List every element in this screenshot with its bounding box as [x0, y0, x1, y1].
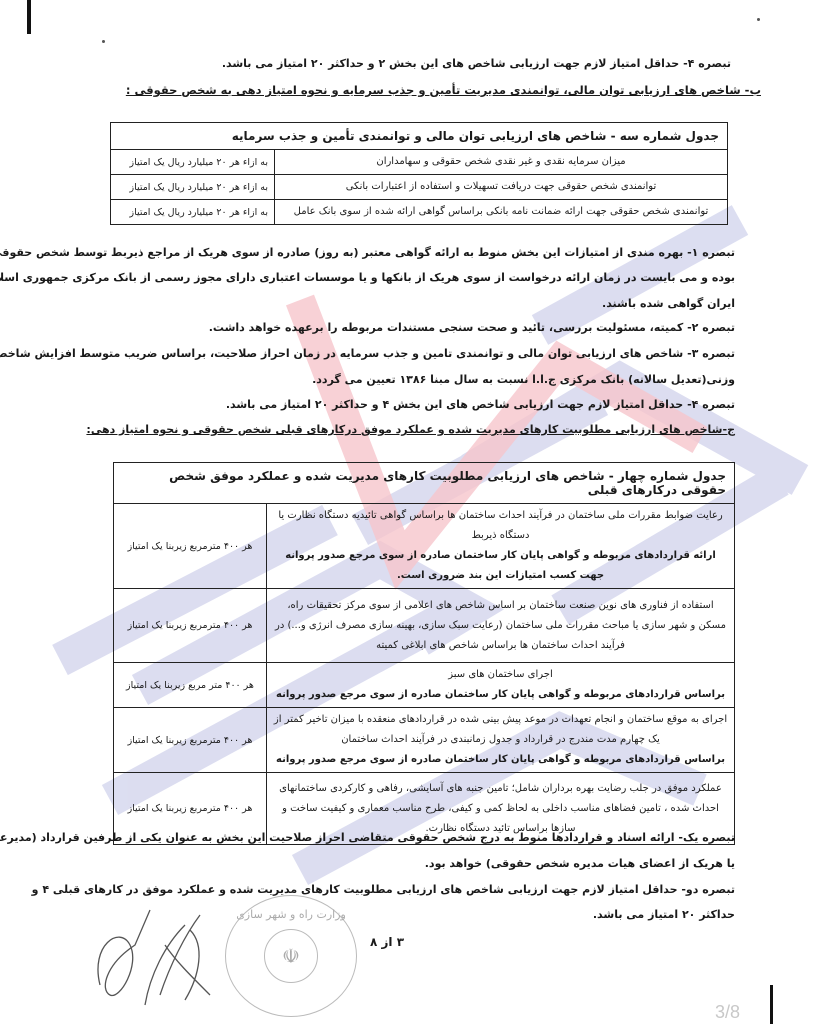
criterion-text: اجرای ساختمان های سبز — [273, 665, 728, 685]
criterion-text: رعایت ضوابط مقررات ملی ساختمان در فرآیند… — [273, 506, 728, 546]
criterion-cell: میزان سرمایه نقدی و غیر نقدی شخص حقوقی و… — [275, 150, 728, 175]
table-row: استفاده از فناوری های نوین صنعت ساختمان … — [114, 589, 735, 663]
table-4-title: جدول شماره چهار - شاخص های ارزیابی مطلوب… — [114, 463, 735, 504]
table-row: توانمندی شخص حقوقی جهت دریافت تسهیلات و … — [111, 175, 728, 200]
emblem-icon: ☫ — [264, 929, 318, 983]
criterion-cell: استفاده از فناوری های نوین صنعت ساختمان … — [267, 589, 735, 663]
official-stamp: وزارت راه و شهر سازی ☫ — [225, 895, 357, 1017]
signature — [90, 905, 220, 1015]
document-page: تبصره ۴- حداقل امتیاز لازم جهت ارزیابی ش… — [0, 0, 819, 1024]
score-cell: به ازاء هر ۲۰ میلیارد ریال یک امتیاز — [111, 175, 275, 200]
criterion-text: اجرای به موقع ساختمان و انجام تعهدات در … — [273, 710, 728, 750]
table-3-title: جدول شماره سه - شاخص های ارزیابی توان ما… — [111, 123, 728, 150]
note-3-b-line1: تبصره ۳- شاخص های ارزیابی توان مالی و تو… — [0, 346, 735, 362]
criterion-cell: اجرای به موقع ساختمان و انجام تعهدات در … — [267, 708, 735, 773]
section-b-heading: ب- شاخص های ارزیابی توان مالی، توانمندی … — [126, 82, 761, 98]
criterion-text: استفاده از فناوری های نوین صنعت ساختمان … — [273, 596, 728, 656]
score-cell: هر ۴۰۰ مترمربع زیربنا یک امتیاز — [114, 708, 267, 773]
table-row: رعایت ضوابط مقررات ملی ساختمان در فرآیند… — [114, 504, 735, 589]
criterion-cell: اجرای ساختمان های سبز براساس قراردادهای … — [267, 663, 735, 708]
note-1-c-line2: یا هریک از اعضای هیات مدیره شخص حقوقی) خ… — [425, 856, 735, 872]
note-1-b-line3: ایران گواهی شده باشند. — [602, 296, 735, 312]
table-row: توانمندی شخص حقوقی جهت ارائه ضمانت نامه … — [111, 200, 728, 225]
criterion-requirement: براساس قراردادهای مربوطه و گواهی پایان ک… — [273, 750, 728, 770]
score-cell: هر ۴۰۰ مترمربع زیربنا یک امتیاز — [114, 504, 267, 589]
page-number: ۳ از ۸ — [370, 935, 404, 949]
score-cell: هر ۴۰۰ متر مربع زیربنا یک امتیاز — [114, 663, 267, 708]
table-row: اجرای به موقع ساختمان و انجام تعهدات در … — [114, 708, 735, 773]
scan-dot — [102, 40, 105, 43]
table-4-performance: جدول شماره چهار - شاخص های ارزیابی مطلوب… — [113, 462, 735, 845]
score-cell: به ازاء هر ۲۰ میلیارد ریال یک امتیاز — [111, 150, 275, 175]
score-cell: هر ۴۰۰ مترمربع زیربنا یک امتیاز — [114, 589, 267, 663]
criterion-cell: توانمندی شخص حقوقی جهت ارائه ضمانت نامه … — [275, 200, 728, 225]
note-2-c-line2: حداکثر ۲۰ امتیاز می باشد. — [593, 907, 735, 923]
table-3-financial: جدول شماره سه - شاخص های ارزیابی توان ما… — [110, 122, 728, 225]
note-3-b-line2: وزنی(تعدیل سالانه) بانک مرکزی ج.ا.ا نسبت… — [312, 372, 735, 388]
criterion-requirement: براساس قراردادهای مربوطه و گواهی پایان ک… — [273, 685, 728, 705]
criterion-cell: توانمندی شخص حقوقی جهت دریافت تسهیلات و … — [275, 175, 728, 200]
note-4-b: تبصره ۴- حداقل امتیاز لازم جهت ارزیابی ش… — [226, 397, 735, 413]
section-c-heading: ج-شاخص های ارزیابی مطلوبیت کارهای مدیریت… — [86, 422, 735, 438]
stamp-text: وزارت راه و شهر سازی — [234, 908, 348, 921]
viewer-page-indicator: 3/8 — [715, 1002, 740, 1023]
note-1-c-line1: تبصره یک- ارائه اسناد و قراردادها منوط ب… — [0, 830, 735, 846]
score-cell: به ازاء هر ۲۰ میلیارد ریال یک امتیاز — [111, 200, 275, 225]
criterion-cell: رعایت ضوابط مقررات ملی ساختمان در فرآیند… — [267, 504, 735, 589]
note-4-section-a: تبصره ۴- حداقل امتیاز لازم جهت ارزیابی ش… — [222, 56, 731, 72]
scan-dot — [757, 18, 760, 21]
note-2-c-line1: تبصره دو- حداقل امتیاز لازم جهت ارزیابی … — [32, 882, 735, 898]
table-row: میزان سرمایه نقدی و غیر نقدی شخص حقوقی و… — [111, 150, 728, 175]
table-row: اجرای ساختمان های سبز براساس قراردادهای … — [114, 663, 735, 708]
note-1-b-line1: تبصره ۱- بهره مندی از امتیازات این بخش م… — [0, 245, 735, 261]
note-2-b: تبصره ۲- کمیته، مسئولیت بررسی، تائید و ص… — [209, 320, 735, 336]
note-1-b-line2: بوده و می بایست در زمان ارائه درخواست از… — [0, 270, 735, 286]
criterion-requirement: ارائه قراردادهای مربوطه و گواهی پایان کا… — [273, 546, 728, 586]
